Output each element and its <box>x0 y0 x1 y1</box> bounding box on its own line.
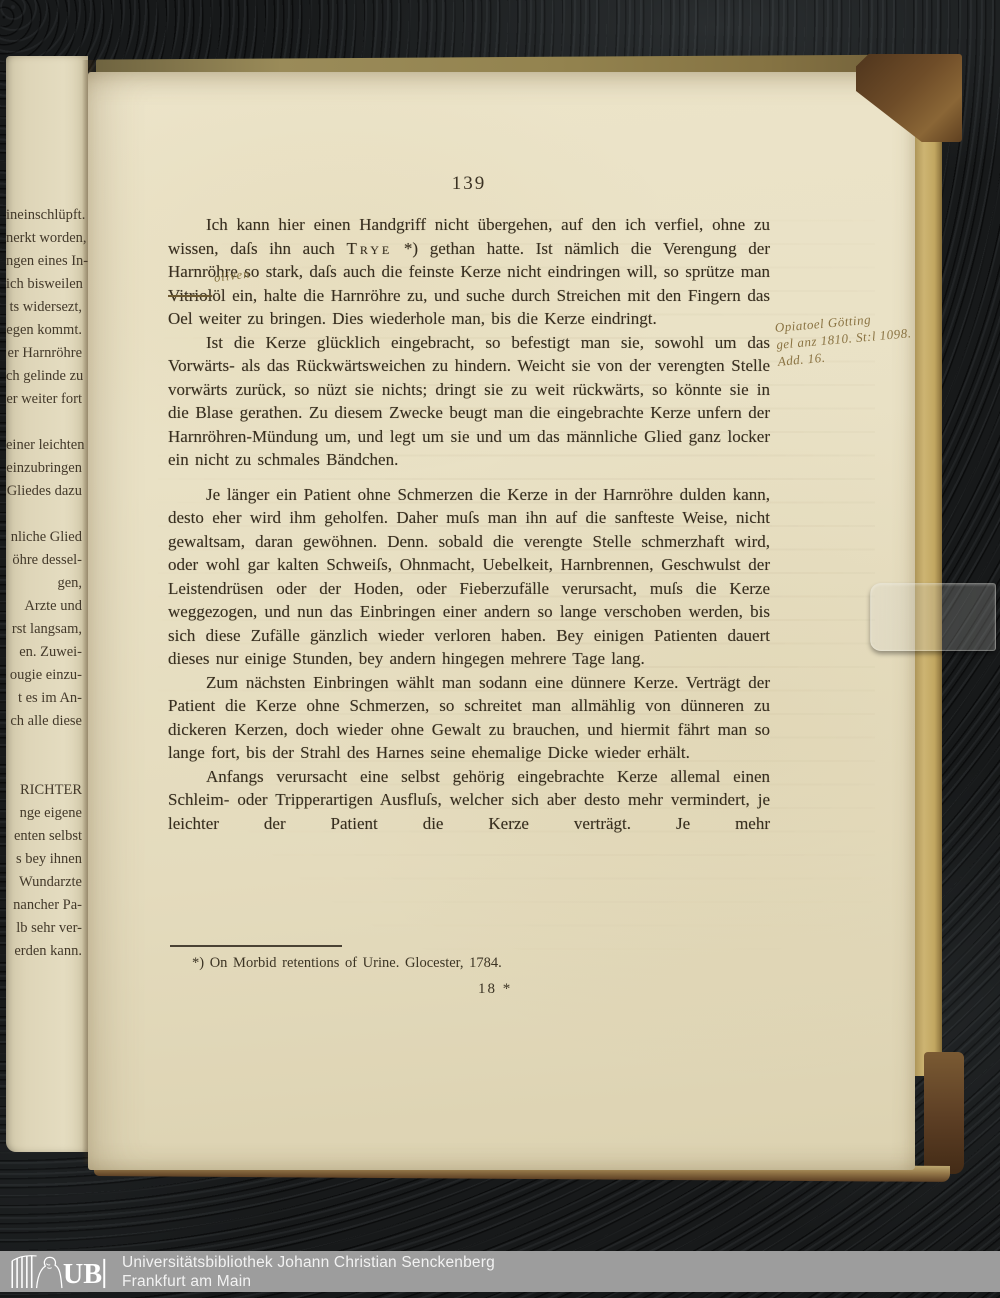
translucent-bookmark-tab <box>870 583 996 651</box>
page-fragment-line: enten selbst <box>6 825 82 848</box>
library-name-line-2: Frankfurt am Main <box>122 1272 495 1291</box>
page-fragment-line <box>6 503 82 526</box>
page-fragment-line: nerkt worden, <box>6 227 82 250</box>
signature-mark: 18 * <box>478 980 512 999</box>
page-fragment-line: nliche Glied <box>6 526 82 549</box>
page-fragment-line: einer leichten <box>6 434 82 457</box>
page-fragment-line <box>6 411 82 434</box>
page-fragment-line: er weiter fort <box>6 388 82 411</box>
book-scan-scene: ineinschlüpft.nerkt worden,ngen eines In… <box>0 0 1000 1298</box>
page-fragment-line: egen kommt. <box>6 319 82 342</box>
page-fragment-line: lb sehr ver- <box>6 917 82 940</box>
library-name-line-1: Universitätsbibliothek Johann Christian … <box>122 1253 495 1272</box>
page-fragment-line: RICHTER <box>6 779 82 802</box>
page-fragment-line: er Harnröhre <box>6 342 82 365</box>
page-fragment-line: ich bisweilen <box>6 273 82 296</box>
page-fragment-line: ts widersezt, <box>6 296 82 319</box>
page-fragment-line: nge eigene <box>6 802 82 825</box>
footnote-text: *) On Morbid retentions of Urine. Gloces… <box>192 954 752 973</box>
library-name-block: Universitätsbibliothek Johann Christian … <box>122 1253 495 1291</box>
paragraph-2: Ist die Kerze glücklich eingebracht, so … <box>168 331 770 472</box>
page-fragment-line: ch alle diese <box>6 710 82 733</box>
page-fragment-line: nancher Pa- <box>6 894 82 917</box>
page-fragment-line: t es im An- <box>6 687 82 710</box>
page-fragment-line: ineinschlüpft. <box>6 204 82 227</box>
page-fragment-line: gen, <box>6 572 82 595</box>
page-fragment-line: Wundarzte <box>6 871 82 894</box>
page-fragment-line <box>6 756 82 779</box>
paragraph-1-text-c: öl ein, halte die Harnröhre zu, und such… <box>168 286 770 329</box>
page-fragment-line: Gliedes dazu <box>6 480 82 503</box>
footnote-rule <box>170 945 342 947</box>
book-page: 32 139 Ich kann hier einen Handgriff nic… <box>88 72 915 1170</box>
paragraph-5: Anfangs verursacht eine selbst gehörig e… <box>168 765 770 836</box>
paragraph-4: Zum nächsten Einbringen wählt man sodann… <box>168 671 770 765</box>
ub-library-logo: UB <box>8 1253 108 1290</box>
page-fragment-line: rst langsam, <box>6 618 82 641</box>
ub-logo-letters: UB <box>63 1259 102 1290</box>
page-fragment-line: ngen eines In- <box>6 250 82 273</box>
page-fragment-line: öhre dessel- <box>6 549 82 572</box>
page-fragment-line: en. Zuwei- <box>6 641 82 664</box>
corrected-word-wrap: Vitriololiven <box>168 286 212 305</box>
page-fragment-line <box>6 733 82 756</box>
page-fragment-line: s bey ihnen <box>6 848 82 871</box>
struck-word-vitriol: Vitriol <box>168 286 212 305</box>
previous-page-text-fragments: ineinschlüpft.nerkt worden,ngen eines In… <box>6 204 82 963</box>
printed-page-number: 139 <box>168 172 770 196</box>
handwritten-marginalia: Opiatoel Götting gel anz 1810. St:l 1098… <box>774 305 938 370</box>
leather-corner-bottom-right <box>924 1052 964 1174</box>
paragraph-3: Je länger ein Patient ohne Schmerzen die… <box>168 483 770 671</box>
main-text-block: Ich kann hier einen Handgriff nicht über… <box>168 213 770 835</box>
page-fragment-line: einzubringen <box>6 457 82 480</box>
author-name-trye: Trye <box>346 239 392 258</box>
previous-page-edge: ineinschlüpft.nerkt worden,ngen eines In… <box>6 56 88 1152</box>
page-fragment-line: ougie einzu- <box>6 664 82 687</box>
page-fore-edge <box>912 68 942 1076</box>
page-fragment-line: ch gelinde zu <box>6 365 82 388</box>
library-banner: UB Universitätsbibliothek Johann Christi… <box>0 1251 1000 1292</box>
page-fragment-line: Arzte und <box>6 595 82 618</box>
paragraph-1: Ich kann hier einen Handgriff nicht über… <box>168 213 770 331</box>
page-fragment-line: erden kann. <box>6 940 82 963</box>
